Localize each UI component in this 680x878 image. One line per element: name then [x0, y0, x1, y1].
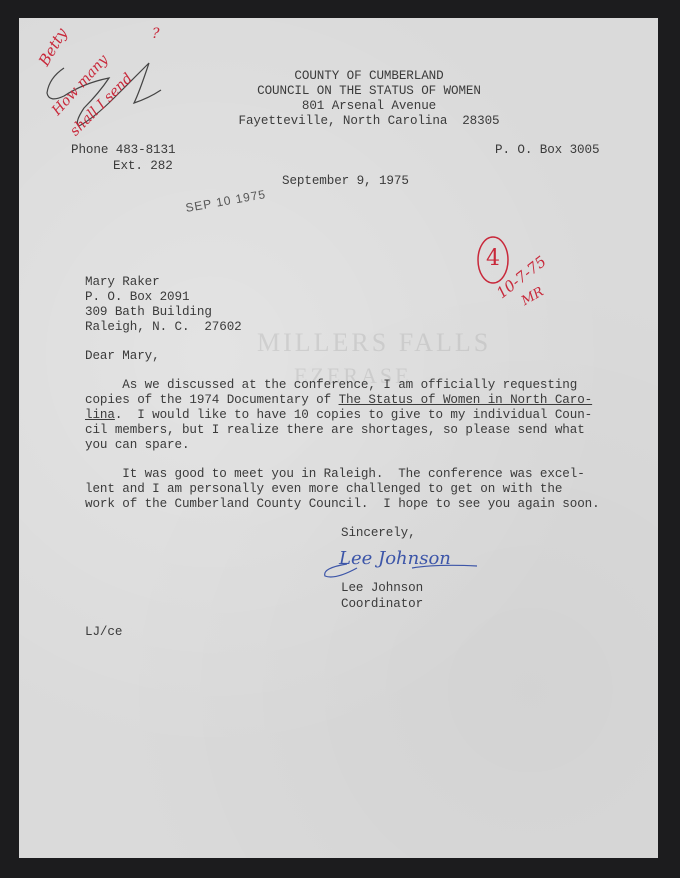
- letter-page: MILLERS FALLS EZERASE COUNTY OF CUMBERLA…: [19, 18, 658, 858]
- letter-date: September 9, 1975: [282, 173, 409, 190]
- signer-name: Lee Johnson: [341, 580, 423, 597]
- typist-initials: LJ/ce: [85, 624, 122, 641]
- paragraph1-line5: you can spare.: [85, 437, 189, 454]
- handwritten-signature: Lee Johnson: [339, 548, 451, 569]
- received-date-stamp: SEP 10 1975: [184, 187, 267, 215]
- phone-extension: Ext. 282: [113, 158, 173, 175]
- document-title-underlined-cont: lina: [85, 408, 115, 422]
- salutation: Dear Mary,: [85, 348, 160, 365]
- circled-number: 4: [486, 246, 500, 271]
- watermark-line1: MILLERS FALLS: [257, 328, 491, 358]
- paragraph1-line2-text: copies of the 1974 Documentary of: [85, 393, 339, 407]
- po-box: P. O. Box 3005: [495, 142, 599, 159]
- handwritten-initials: MR: [519, 284, 547, 309]
- document-title-underlined: The Status of Women in North Caro-: [339, 393, 593, 407]
- signer-title: Coordinator: [341, 596, 423, 613]
- closing: Sincerely,: [341, 525, 416, 542]
- paragraph2-line3: work of the Cumberland County Council. I…: [85, 496, 600, 513]
- paragraph1-line3-text: . I would like to have 10 copies to give…: [115, 408, 592, 422]
- handwritten-question-mark: ?: [152, 26, 160, 42]
- letterhead-line4: Fayetteville, North Carolina 28305: [169, 113, 569, 130]
- phone-number: Phone 483-8131: [71, 142, 175, 159]
- recipient-address-line4: Raleigh, N. C. 27602: [85, 319, 242, 336]
